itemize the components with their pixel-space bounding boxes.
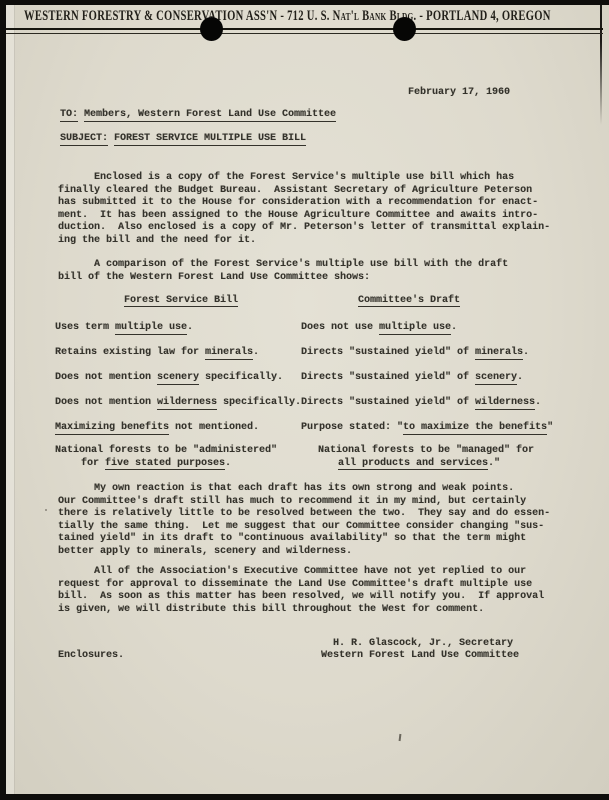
- to-value: Members, Western Forest Land Use Committ…: [84, 109, 336, 122]
- date-line: February 17, 1960: [408, 87, 510, 100]
- scan-edge-top: [0, 0, 609, 5]
- paper-edge-highlight: [6, 5, 15, 794]
- scanned-letter-page: WESTERN FORESTRY & CONSERVATION ASS'N - …: [0, 0, 609, 800]
- paragraph-3: My own reaction is that each draft has i…: [58, 483, 550, 558]
- punch-hole-left: [200, 17, 223, 41]
- punch-hole-right: [393, 17, 416, 41]
- scan-edge-bottom: [0, 794, 609, 800]
- to-line: TO:Members, Western Forest Land Use Comm…: [60, 109, 336, 122]
- subject-value: FOREST SERVICE MULTIPLE USE BILL: [114, 133, 306, 146]
- enclosures-note: Enclosures.: [58, 650, 124, 663]
- subject-line: SUBJECT:FOREST SERVICE MULTIPLE USE BILL: [60, 133, 306, 146]
- to-label: TO:: [60, 109, 78, 122]
- stray-mark: [399, 734, 401, 741]
- letterhead-rule: [6, 28, 603, 34]
- paper-edge-right-line: [600, 5, 602, 125]
- column-header-right: Committee's Draft: [358, 295, 460, 308]
- column-header-left: Forest Service Bill: [124, 295, 238, 308]
- signature-name: H. R. Glascock, Jr., Secretary: [333, 638, 513, 651]
- stray-dot: [45, 509, 47, 511]
- paragraph-2: A comparison of the Forest Service's mul…: [58, 259, 508, 284]
- signature-org: Western Forest Land Use Committee: [321, 650, 519, 663]
- paragraph-4: All of the Association's Executive Commi…: [58, 566, 544, 616]
- letterhead: WESTERN FORESTRY & CONSERVATION ASS'N - …: [24, 8, 551, 25]
- paragraph-1: Enclosed is a copy of the Forest Service…: [58, 172, 550, 247]
- subject-label: SUBJECT:: [60, 133, 108, 146]
